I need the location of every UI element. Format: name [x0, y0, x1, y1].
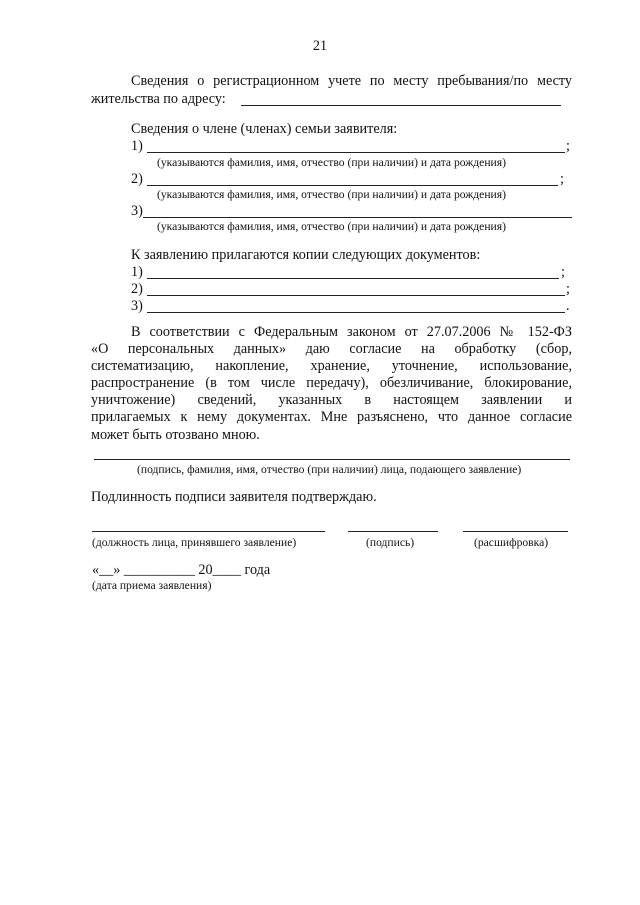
confirmation-text: Подлинность подписи заявителя подтвержда… — [91, 489, 377, 506]
attachment-3-end: . — [566, 298, 570, 315]
page-number: 21 — [0, 38, 640, 55]
acceptance-date-hint: (дата приема заявления) — [92, 579, 211, 593]
family-item-1-hint: (указываются фамилия, имя, отчество (при… — [157, 156, 506, 170]
family-member-2-field[interactable] — [147, 185, 558, 186]
family-item-3-hint: (указываются фамилия, имя, отчество (при… — [157, 220, 506, 234]
registration-address-field[interactable] — [241, 105, 561, 106]
acceptance-date-field[interactable]: «__» __________ 20____ года — [92, 562, 270, 579]
consent-line-7: может быть отозвано мною. — [91, 427, 572, 444]
consent-line-2: «О персональных данных» даю согласие на … — [91, 341, 572, 358]
applicant-signature-hint: (подпись, фамилия, имя, отчество (при на… — [137, 463, 521, 477]
official-position-field[interactable] — [92, 531, 325, 532]
consent-paragraph: В соответствии с Федеральным законом от … — [91, 324, 572, 444]
family-heading: Сведения о члене (членах) семьи заявител… — [131, 121, 397, 138]
attachment-1-field[interactable] — [147, 278, 559, 279]
family-item-2-number: 2) — [131, 171, 143, 188]
attachments-heading: К заявлению прилагаются копии следующих … — [131, 247, 480, 264]
consent-line-3: систематизацию, накопление, хранение, ут… — [91, 358, 572, 375]
official-position-hint: (должность лица, принявшего заявление) — [92, 536, 296, 550]
attachment-3-number: 3) — [131, 298, 143, 315]
official-signature-field[interactable] — [348, 531, 438, 532]
applicant-signature-field[interactable] — [94, 459, 570, 460]
registration-line-1: Сведения о регистрационном учете по мест… — [131, 73, 572, 90]
family-item-1-number: 1) — [131, 138, 143, 155]
attachment-3-field[interactable] — [147, 312, 565, 313]
official-name-field[interactable] — [463, 531, 568, 532]
attachment-2-field[interactable] — [147, 295, 565, 296]
consent-line-5: уничтожение) сведений, указанных в насто… — [91, 392, 572, 409]
family-item-1-end: ; — [566, 138, 570, 155]
official-signature-hint: (подпись) — [366, 536, 414, 550]
attachment-1-end: ; — [561, 264, 565, 281]
family-item-3-number: 3) — [131, 203, 143, 220]
attachment-2-end: ; — [566, 281, 570, 298]
official-name-hint: (расшифровка) — [474, 536, 548, 550]
consent-line-1: В соответствии с Федеральным законом от … — [91, 324, 572, 341]
family-item-2-hint: (указываются фамилия, имя, отчество (при… — [157, 188, 506, 202]
attachment-2-number: 2) — [131, 281, 143, 298]
consent-line-6: прилагаемых к нему документах. Мне разъя… — [91, 409, 572, 426]
registration-line-2: жительства по адресу: — [91, 91, 226, 108]
family-member-1-field[interactable] — [147, 152, 565, 153]
attachment-1-number: 1) — [131, 264, 143, 281]
family-member-3-field[interactable] — [143, 217, 572, 218]
consent-line-4: распространение (в том числе передачу), … — [91, 375, 572, 392]
family-item-2-end: ; — [560, 171, 564, 188]
